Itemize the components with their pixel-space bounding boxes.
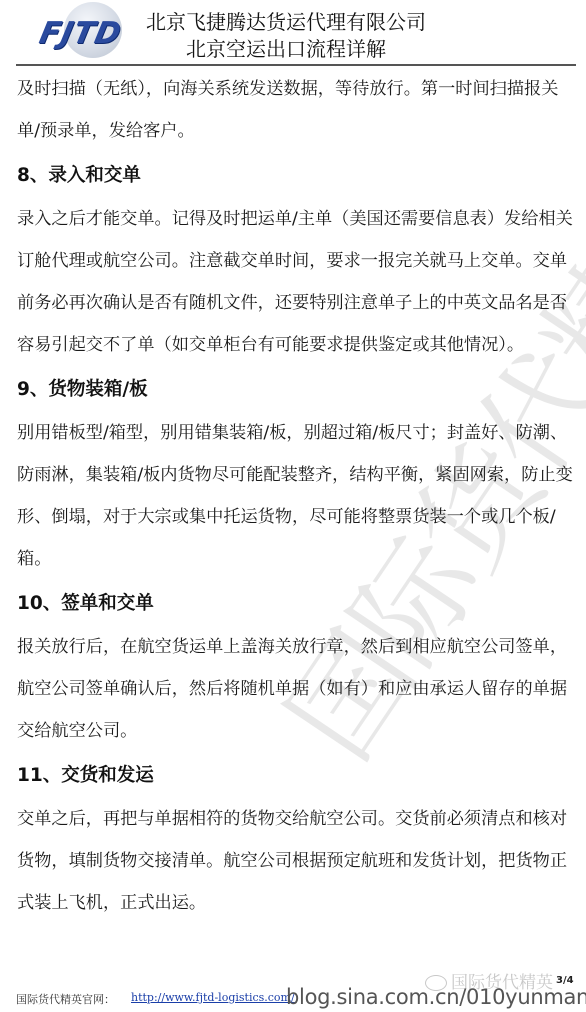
doc-title: 北京空运出口流程详解: [186, 33, 386, 62]
section-body-11: 交单之后，再把与单据相符的货物交给航空公司。交货前必须清点和核对货物，填制货物交…: [17, 798, 577, 924]
logo-text: FJTD: [36, 16, 124, 51]
section-body-9: 别用错板型/箱型，别用错集装箱/板，别超过箱/板尺寸；封盖好、防潮、防雨淋，集装…: [17, 412, 577, 580]
site-link[interactable]: http://www.fjtd-logistics.com/: [131, 991, 295, 1004]
section-body-10: 报关放行后，在航空货运单上盖海关放行章，然后到相应航空公司签单，航空公司签单确认…: [17, 626, 577, 752]
fjtd-logo: FJTD: [36, 2, 148, 60]
blog-watermark: blog.sina.com.cn/010yunmancang: [286, 985, 586, 1009]
section-body-8: 录入之后才能交单。记得及时把运单/主单（美国还需要信息表）发给相关订舱代理或航空…: [17, 198, 577, 366]
section-heading-10: 10、签单和交单: [17, 580, 577, 626]
section-heading-11: 11、交货和发运: [17, 752, 577, 798]
section-heading-8: 8、录入和交单: [17, 152, 577, 198]
site-label: 国际货代精英官网：: [16, 991, 115, 1007]
header-divider: [16, 64, 576, 66]
document-header: FJTD 北京飞捷腾达货运代理有限公司 北京空运出口流程详解: [0, 0, 586, 62]
section-heading-9: 9、货物装箱/板: [17, 366, 577, 412]
company-name: 北京飞捷腾达货运代理有限公司: [146, 6, 426, 35]
document-body: 及时扫描（无纸），向海关系统发送数据，等待放行。第一时间扫描报关单/预录单，发给…: [17, 68, 577, 924]
intro-paragraph: 及时扫描（无纸），向海关系统发送数据，等待放行。第一时间扫描报关单/预录单，发给…: [17, 68, 577, 152]
